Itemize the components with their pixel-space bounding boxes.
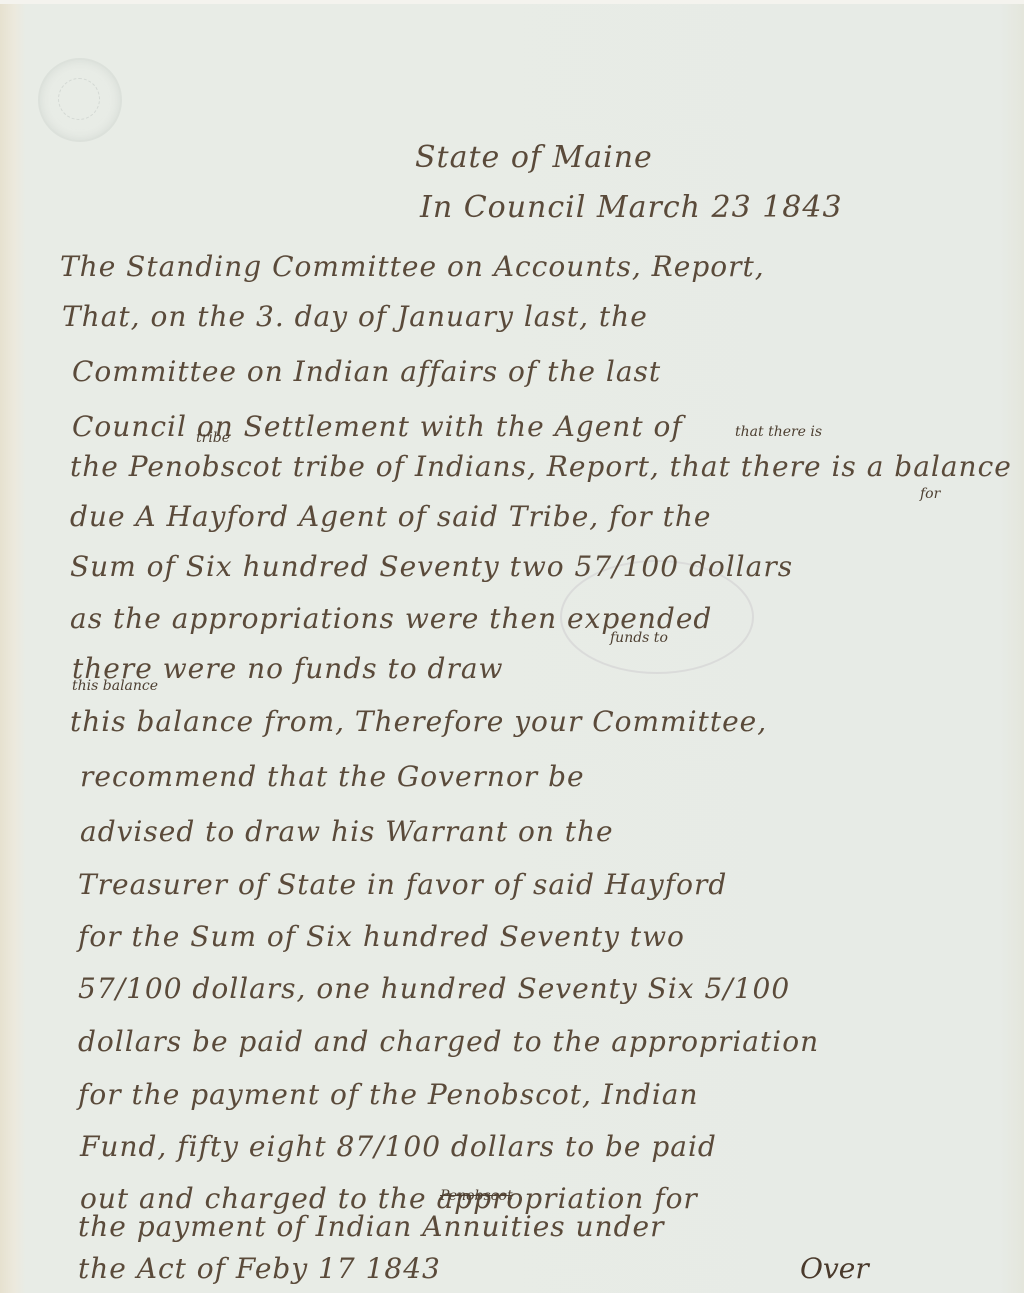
interlinear-struck-penobscot: Penobscot	[440, 1188, 513, 1204]
heading-state: State of Maine	[415, 140, 653, 175]
closing-over: Over	[800, 1252, 869, 1285]
body-line-15: 57/100 dollars, one hundred Seventy Six …	[78, 972, 790, 1005]
interlinear-tribe: tribe	[196, 430, 230, 446]
embossed-seal-icon	[38, 58, 122, 142]
body-line-14: for the Sum of Six hundred Seventy two	[78, 920, 685, 953]
body-line-5: the Penobscot tribe of Indians, Report, …	[70, 450, 1012, 483]
body-line-17: for the payment of the Penobscot, Indian	[78, 1078, 699, 1111]
manuscript-page: State of Maine In Council March 23 1843 …	[0, 0, 1024, 1293]
seal-center	[58, 78, 100, 120]
heading-dateline: In Council March 23 1843	[420, 190, 843, 225]
interlinear-funds-to: funds to	[610, 630, 668, 646]
body-line-12: advised to draw his Warrant on the	[80, 815, 614, 848]
interlinear-for: for	[920, 486, 940, 502]
body-line-2: That, on the 3. day of January last, the	[62, 300, 648, 333]
paper-top-edge	[0, 0, 1024, 4]
body-line-18: Fund, fifty eight 87/100 dollars to be p…	[80, 1130, 717, 1163]
body-line-21: the Act of Feby 17 1843	[78, 1252, 441, 1285]
body-line-10: this balance from, Therefore your Commit…	[70, 705, 767, 738]
body-line-3: Committee on Indian affairs of the last	[72, 355, 661, 388]
body-line-13: Treasurer of State in favor of said Hayf…	[78, 868, 727, 901]
body-line-16: dollars be paid and charged to the appro…	[78, 1025, 819, 1058]
body-line-1: The Standing Committee on Accounts, Repo…	[60, 250, 765, 283]
interlinear-that-there-is: that there is	[735, 424, 822, 440]
body-line-6: due A Hayford Agent of said Tribe, for t…	[70, 500, 711, 533]
body-line-11: recommend that the Governor be	[80, 760, 585, 793]
body-line-4: Council on Settlement with the Agent of	[72, 410, 683, 443]
body-line-20: the payment of Indian Annuities under	[78, 1210, 665, 1243]
margin-this-balance: this balance	[72, 678, 158, 694]
body-line-7: Sum of Six hundred Seventy two 57/100 do…	[70, 550, 793, 583]
